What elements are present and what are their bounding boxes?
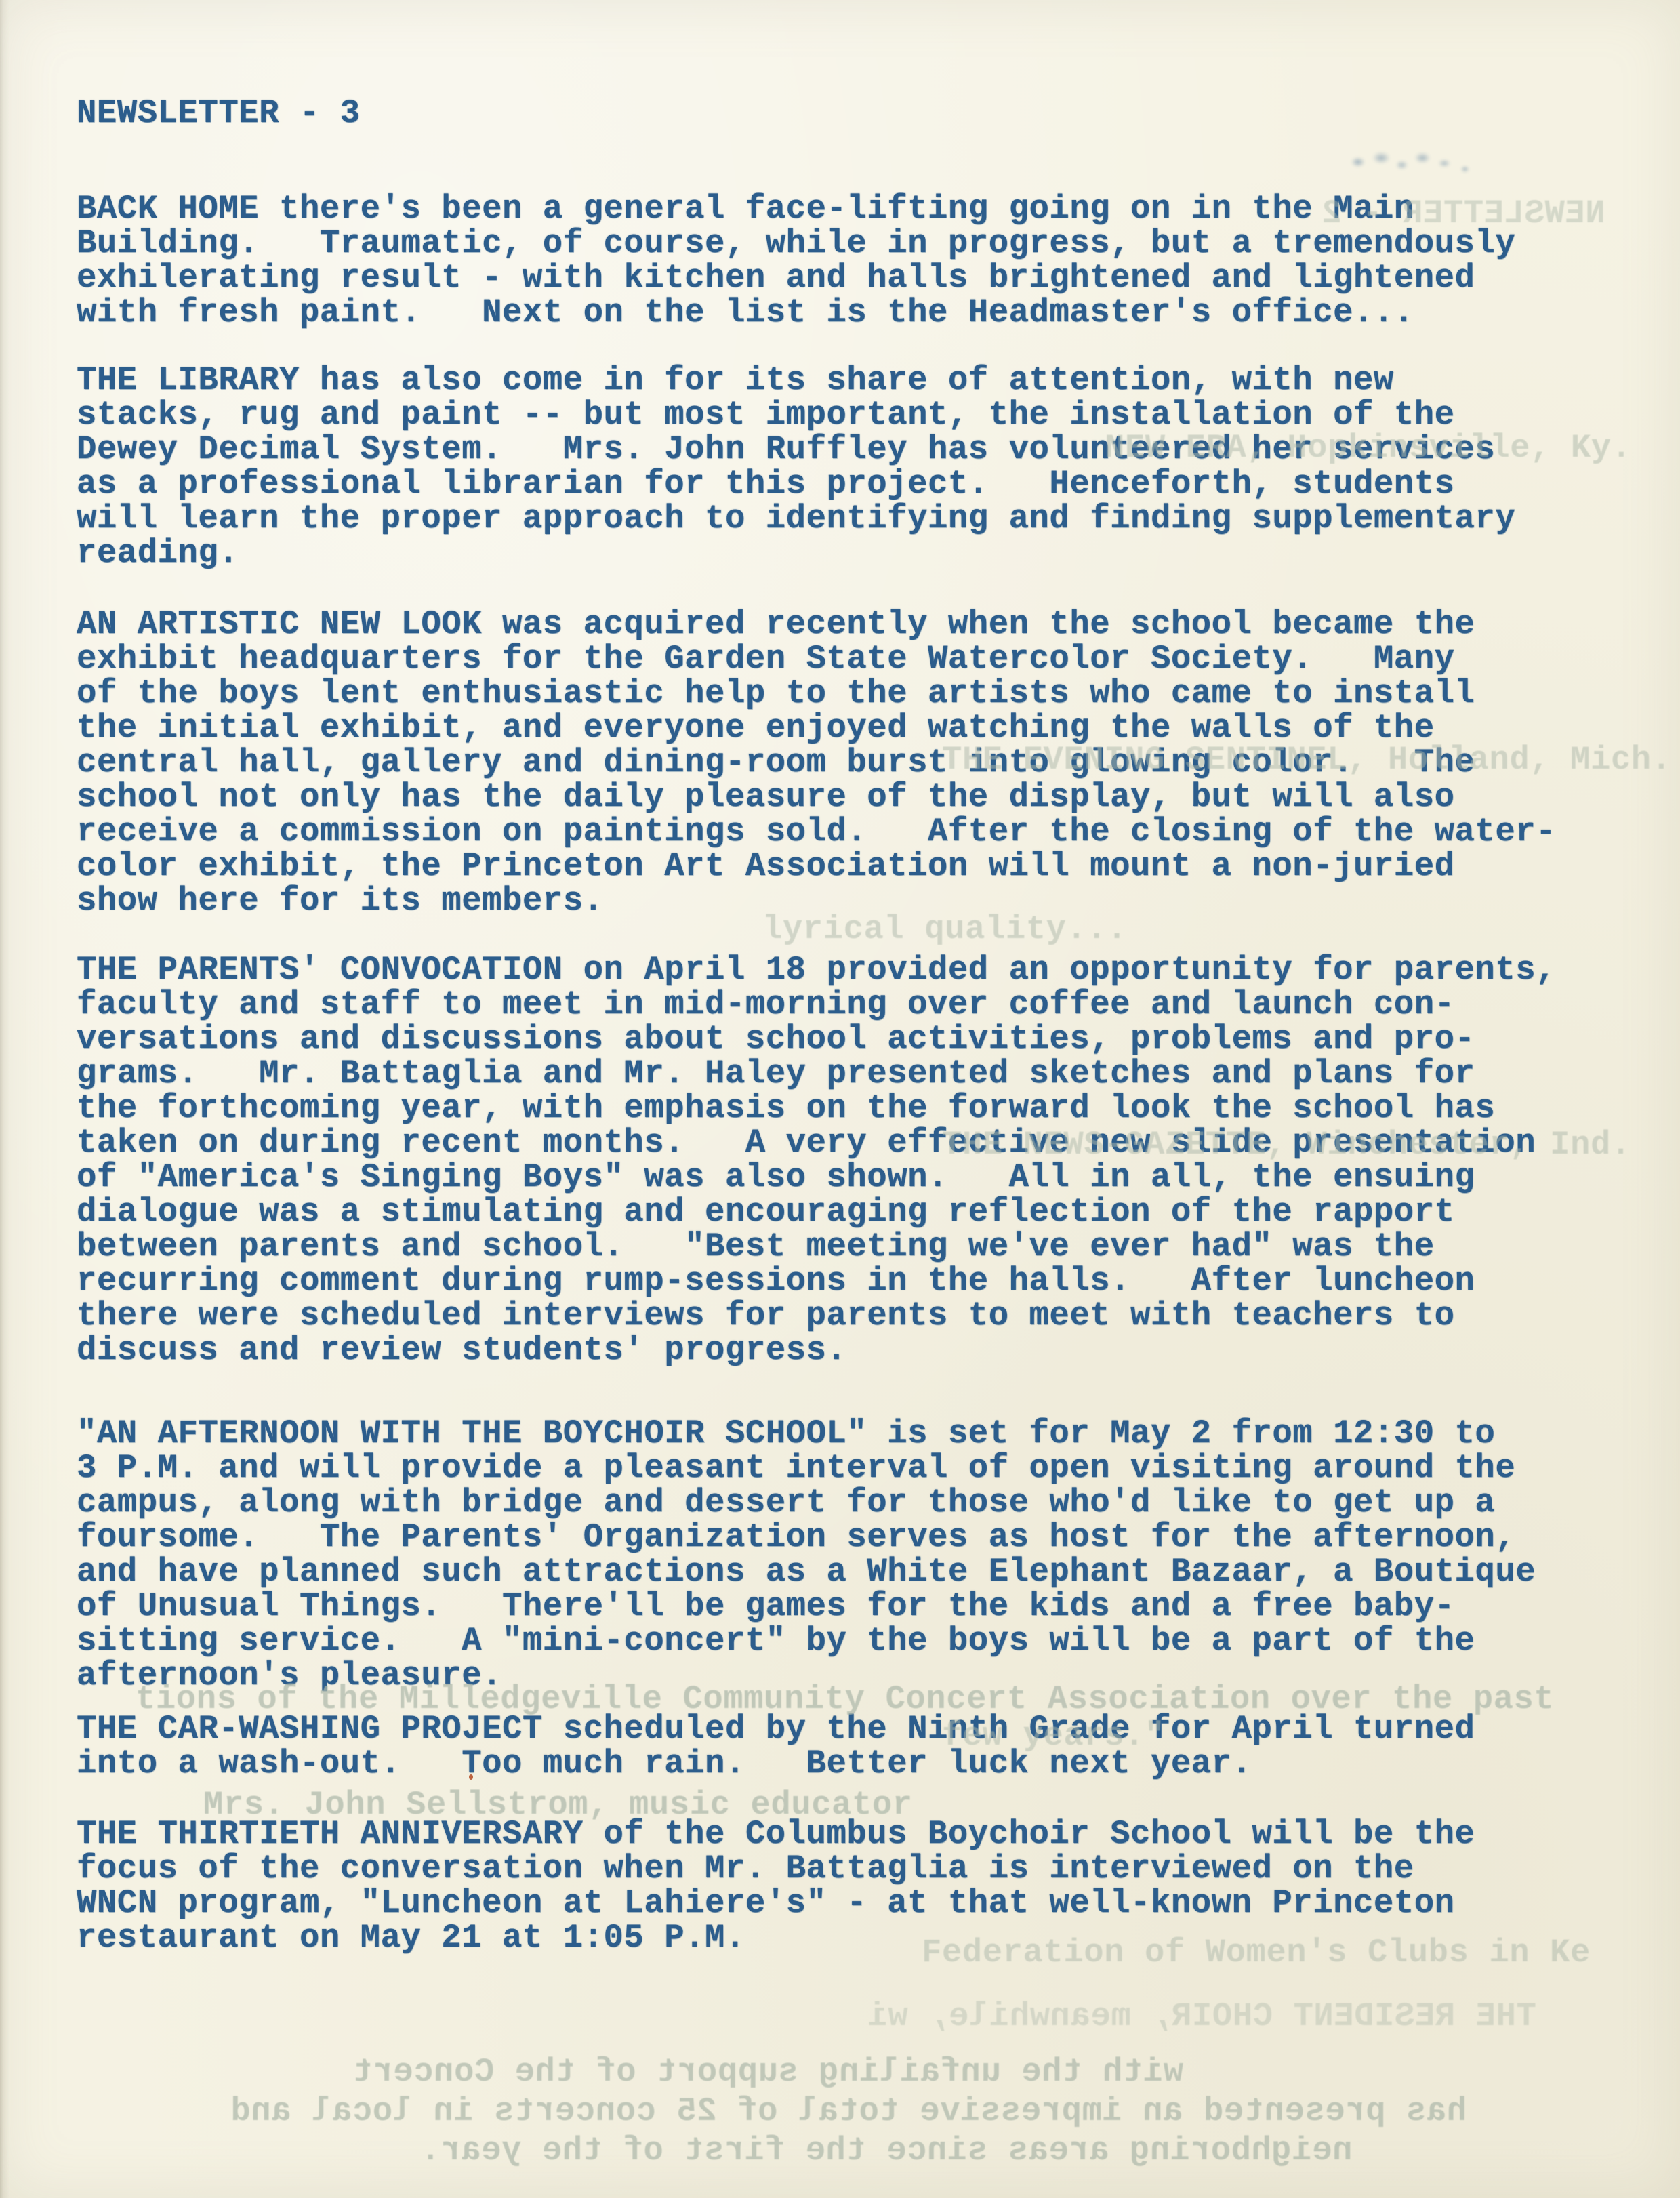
paragraph-back-home: BACK HOME there's been a general face-li… <box>77 192 1515 330</box>
paragraph-car-washing: THE CAR-WASHING PROJECT scheduled by the… <box>77 1712 1475 1781</box>
bleedthrough-line: Federation of Women's Clubs in Ke <box>922 1936 1591 1970</box>
bleedthrough-line: THE EVENING SENTINEL, Holland, Mich. <box>942 743 1672 777</box>
newsletter-page: NEWSLETTER - 3 BACK HOME there's been a … <box>0 0 1680 2198</box>
bleedthrough-line: THE NEWS-GAZETTE, Winchester, Ind. <box>942 1128 1631 1162</box>
page-title: NEWSLETTER - 3 <box>77 96 361 131</box>
bleedthrough-line: lyrical quality... <box>762 912 1127 947</box>
ink-smudge <box>1345 139 1474 181</box>
paragraph-library: THE LIBRARY has also come in for its sha… <box>77 363 1515 571</box>
bleedthrough-line: neighboring areas since the first of the… <box>420 2134 1353 2168</box>
paper-speck <box>469 1774 473 1780</box>
bleedthrough-line: Mrs. John Sellstrom, music educator <box>203 1788 913 1823</box>
bleedthrough-line: NEW ERA, Hopkinsville, Ky. <box>1105 431 1632 466</box>
bleedthrough-line: with the unfailing support of the Concer… <box>352 2055 1183 2090</box>
bleedthrough-prev-page-title: NEWSLETTER - 2 <box>1322 197 1605 231</box>
bleedthrough-line: few years." <box>942 1719 1165 1753</box>
bleedthrough-line: tions of the Milledgeville Community Con… <box>136 1682 1554 1717</box>
paragraph-afternoon-boychoir: "AN AFTERNOON WITH THE BOYCHOIR SCHOOL" … <box>77 1417 1536 1693</box>
bleedthrough-line: THE RESIDENT CHOIR, meanwhile, wi <box>867 1999 1536 2034</box>
bleedthrough-line: has presented an impressive total of 25 … <box>230 2094 1467 2129</box>
